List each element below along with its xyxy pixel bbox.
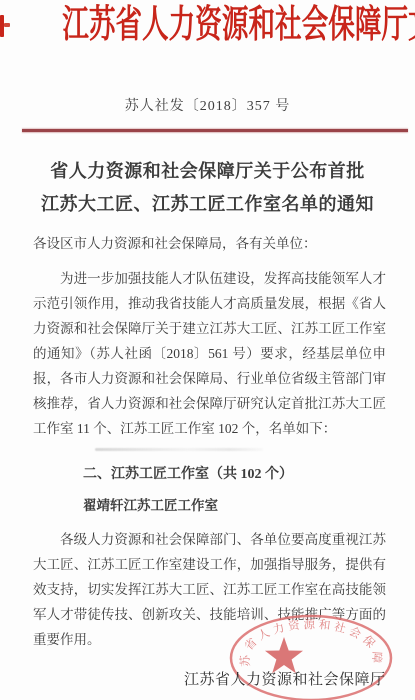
title-line-1: 省人力资源和社会保障厅关于公布首批 (0, 155, 415, 188)
section-heading: 二、江苏工匠工作室（共 102 个） (33, 462, 386, 487)
title-line-2: 江苏大工匠、江苏工匠工作室名单的通知 (0, 188, 415, 221)
workshop-entry: 翟靖轩江苏工匠工作室 (33, 493, 386, 518)
issuer-signature: 江苏省人力资源和社会保障厅 (184, 668, 386, 689)
salutation: 各设区市人力资源和社会保障局，各有关单位： (33, 231, 386, 256)
faded-text-smudge (95, 448, 263, 451)
red-artifact-nub (4, 23, 10, 27)
document-number: 苏人社发〔2018〕357 号 (0, 95, 415, 115)
seal-arc-text: 江苏省人力资源和社会保障厅 (226, 612, 384, 667)
intro-paragraph: 为进一步加强技能人才队伍建设，发挥高技能领军人才示范引领作用，推动我省技能人才高… (33, 266, 386, 441)
document-page: 江苏省人力资源和社会保障厅文件 苏人社发〔2018〕357 号 省人力资源和社会… (0, 0, 415, 700)
left-edge-red-artifact (0, 13, 10, 41)
document-header-banner: 江苏省人力资源和社会保障厅文件 (62, 3, 353, 47)
document-title: 省人力资源和社会保障厅关于公布首批 江苏大工匠、江苏工匠工作室名单的通知 (0, 155, 415, 221)
document-body: 各设区市人力资源和社会保障局，各有关单位： 为进一步加强技能人才队伍建设，发挥高… (33, 231, 386, 652)
red-divider-line (22, 129, 408, 132)
svg-text:江苏省人力资源和社会保障厅: 江苏省人力资源和社会保障厅 (226, 612, 384, 667)
